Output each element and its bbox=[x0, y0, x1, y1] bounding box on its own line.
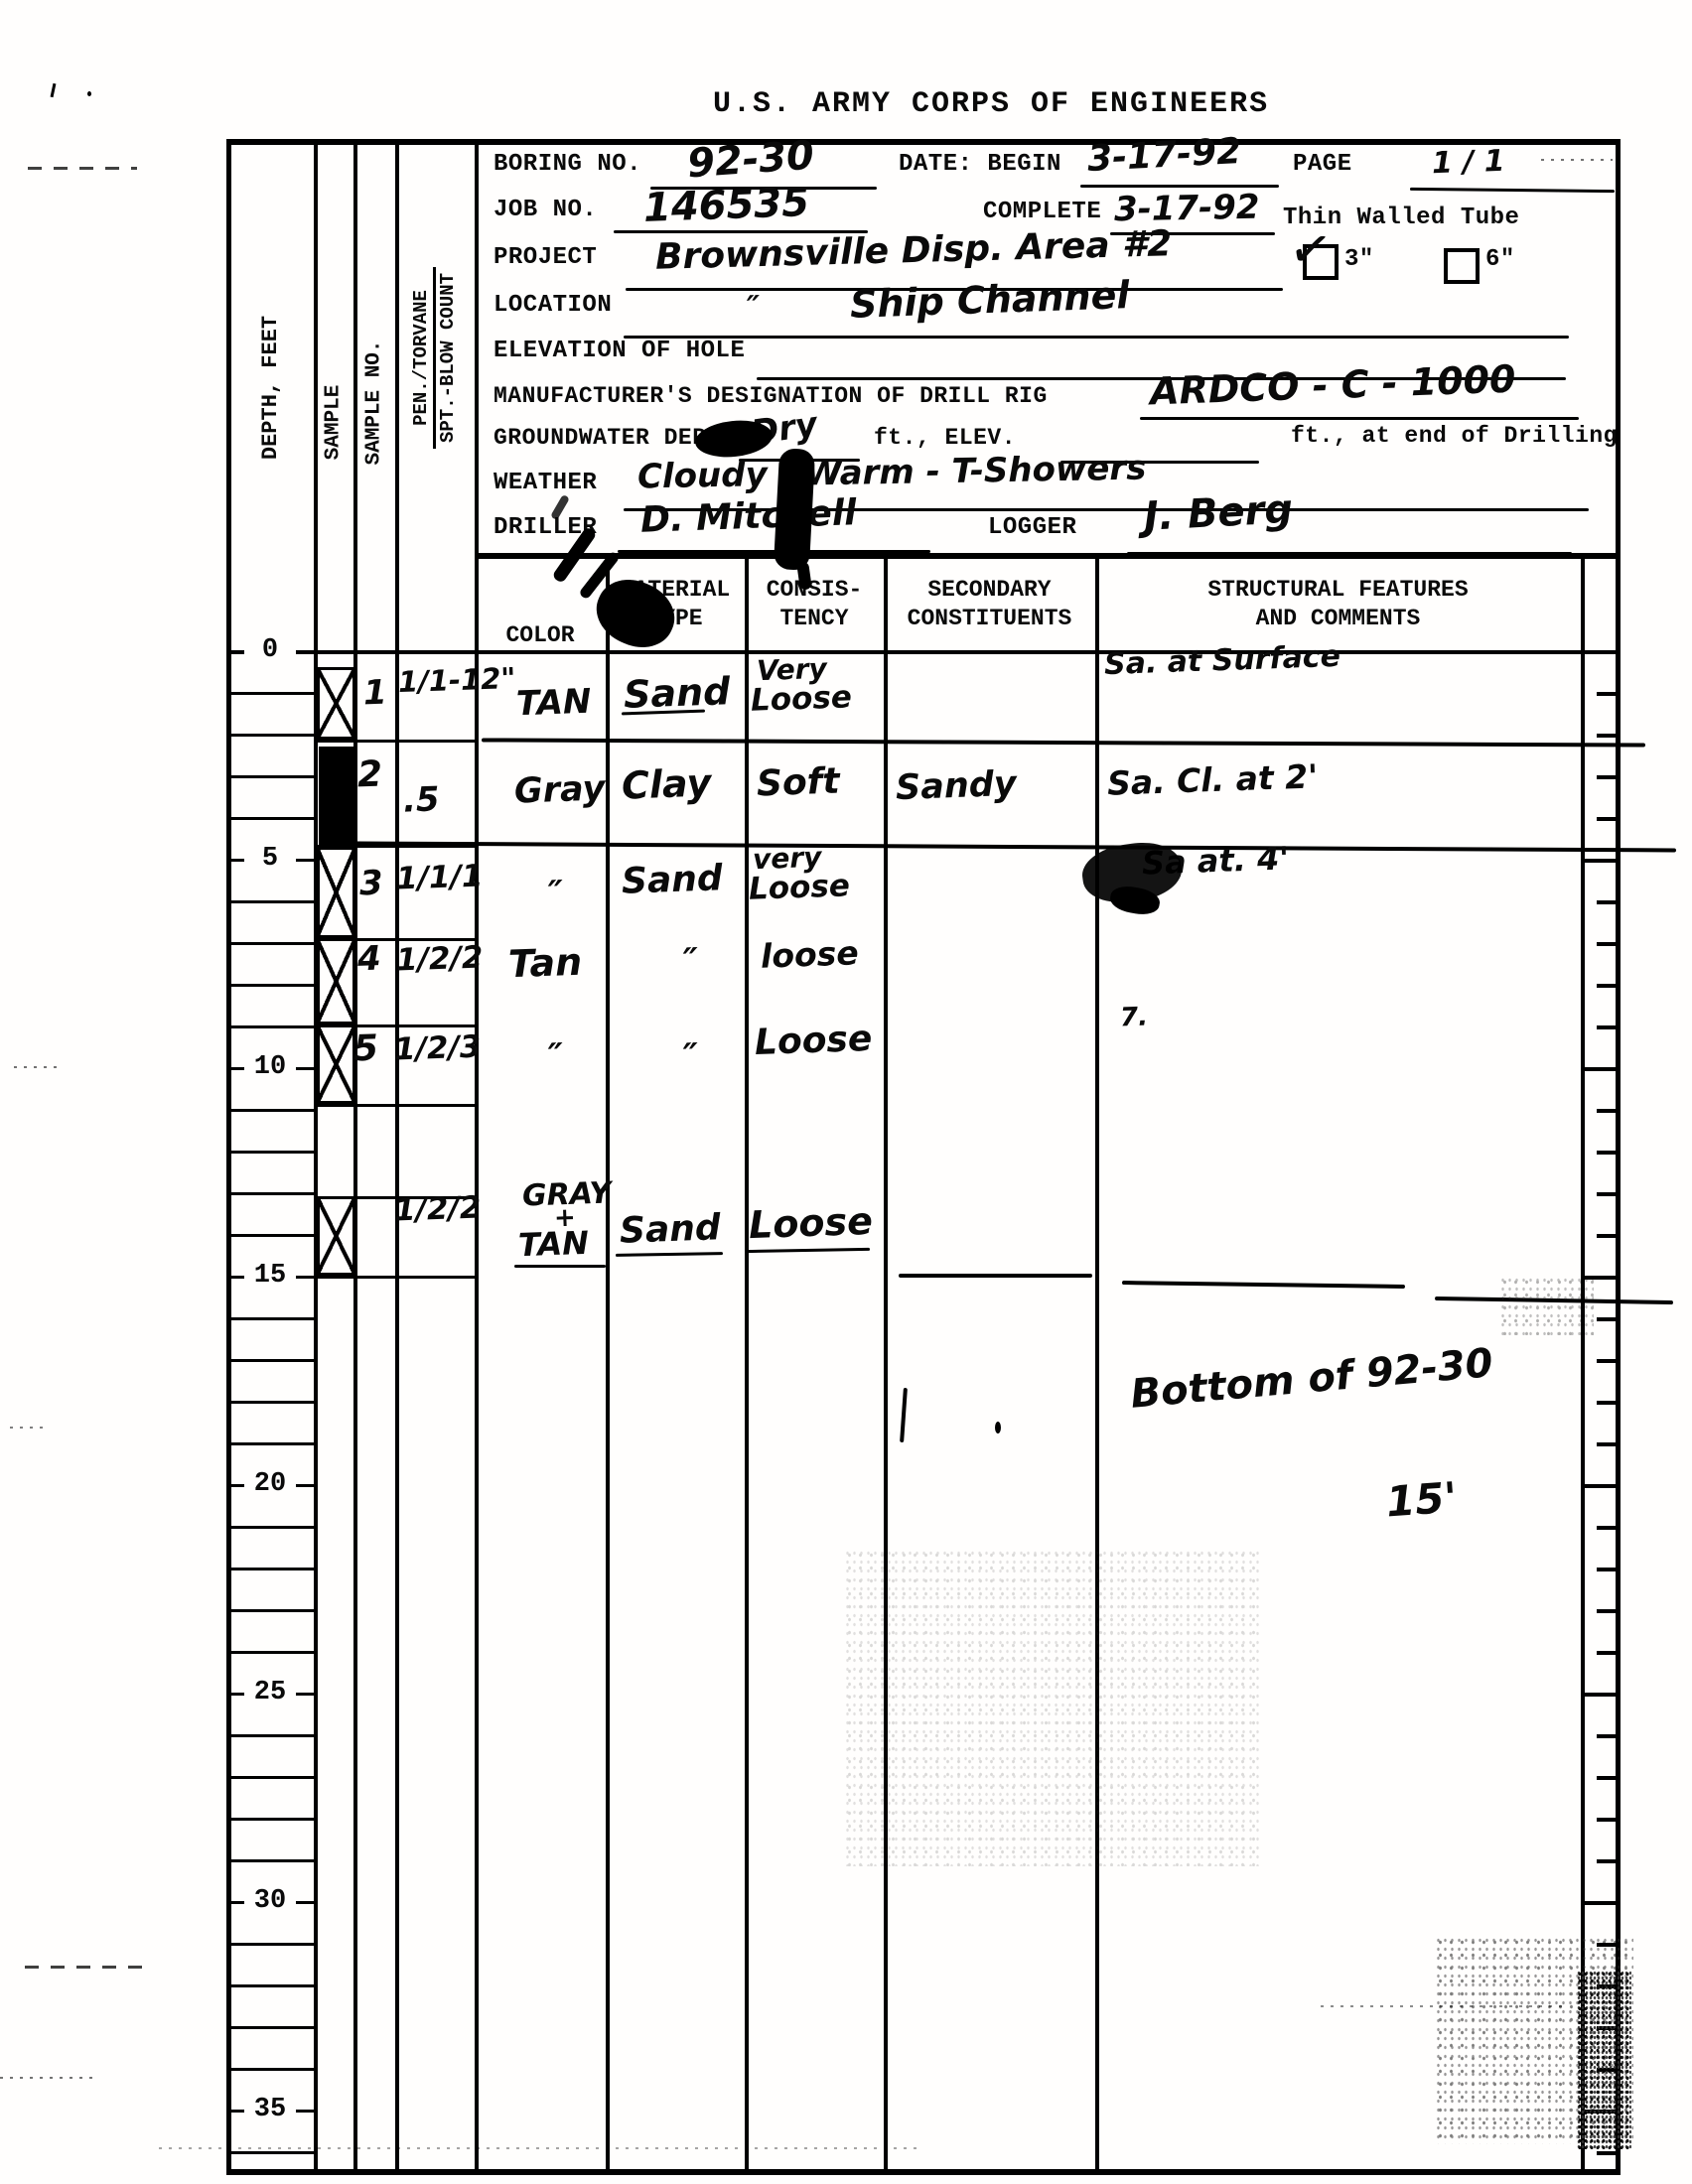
scan-artifact-margin-2 bbox=[10, 1427, 48, 1429]
depth-label-35: 35 bbox=[244, 2094, 296, 2125]
ruler-tick bbox=[1597, 1025, 1619, 1029]
sample-5-pen: 1/2/3 bbox=[393, 1028, 482, 1067]
drill-rig-value: ARDCO - C - 1000 bbox=[1149, 357, 1516, 414]
ruler-tick bbox=[1597, 1526, 1619, 1530]
sample-6-color-line3: TAN bbox=[517, 1224, 589, 1264]
sample-6-pen: 1/2/2 bbox=[393, 1189, 482, 1228]
sample-2-material: Clay bbox=[621, 760, 712, 807]
sample-6-symbol bbox=[317, 1196, 355, 1276]
ruler-tick bbox=[1597, 734, 1619, 738]
depth-tick bbox=[230, 984, 314, 987]
depth-tick bbox=[230, 1442, 314, 1445]
depth-tick bbox=[230, 1984, 314, 1987]
sample-2-number: 2 bbox=[356, 754, 382, 796]
depth-tick bbox=[230, 1526, 314, 1529]
comment-surface: Sa. at Surface bbox=[1103, 639, 1340, 682]
sample-1-consistency-line2: Loose bbox=[750, 679, 852, 719]
depth-tick bbox=[230, 734, 314, 737]
ruler-tick bbox=[1583, 1484, 1619, 1488]
sample-3-number: 3 bbox=[358, 864, 383, 904]
sample-4-pen: 1/2/2 bbox=[395, 939, 484, 978]
depth-tick bbox=[230, 1818, 314, 1821]
stray-pen-stroke bbox=[900, 1388, 908, 1442]
depth-tick bbox=[230, 2068, 314, 2071]
scan-artifact-dots-bottom bbox=[159, 2147, 923, 2149]
complete-label: COMPLETE bbox=[983, 199, 1101, 225]
strata-line-2ft bbox=[482, 738, 1645, 747]
sample-1-pen: 1/1-12" bbox=[397, 661, 516, 699]
depth-tick bbox=[230, 1651, 314, 1654]
gridline-consistency-secondary bbox=[884, 558, 888, 2169]
sample-5-material-ditto: ″ bbox=[682, 1036, 699, 1077]
sample-5-symbol bbox=[317, 1024, 355, 1104]
bottom-depth-note: 15' bbox=[1384, 1473, 1459, 1527]
drill-rig-label: MANUFACTURER'S DESIGNATION OF DRILL RIG bbox=[493, 383, 1048, 409]
depth-label-15: 15 bbox=[244, 1260, 296, 1292]
depth-tick bbox=[230, 1859, 314, 1862]
sample-3-pen: 1/1/1 bbox=[395, 858, 484, 896]
scan-artifact-dash-bottom-left bbox=[25, 1966, 142, 1969]
depth-tick bbox=[230, 1776, 314, 1779]
comment-2ft: Sa. Cl. at 2' bbox=[1106, 756, 1318, 802]
depth-feet-column-label: DEPTH, FEET bbox=[226, 238, 316, 536]
ft-elev-label: ft., ELEV. bbox=[874, 425, 1016, 451]
spt-blow-count-label: SPT.-BLOW COUNT bbox=[437, 266, 461, 448]
depth-tick bbox=[230, 1359, 314, 1362]
depth-tick bbox=[230, 1609, 314, 1612]
tube-6in-checkbox bbox=[1444, 248, 1480, 284]
scan-artifact-margin-1 bbox=[14, 1066, 60, 1068]
gridline-material-consistency bbox=[745, 558, 749, 2169]
column-header-structural-features: STRUCTURAL FEATURESAND COMMENTS bbox=[1095, 558, 1581, 650]
sample-no-column-label: SAMPLE NO. bbox=[353, 268, 395, 536]
logger-value: J. Berg bbox=[1143, 486, 1294, 540]
ruler-tick bbox=[1597, 1776, 1619, 1780]
scan-mark-top-left-2 bbox=[87, 91, 91, 96]
scan-noise-mid-right bbox=[1499, 1276, 1594, 1335]
ink-smear-weather bbox=[774, 448, 815, 571]
scan-noise-center bbox=[844, 1549, 1261, 1866]
depth-tick bbox=[230, 2151, 314, 2154]
depth-label-25: 25 bbox=[244, 1677, 296, 1708]
depth-tick bbox=[230, 1568, 314, 1570]
ruler-tick bbox=[1597, 1651, 1619, 1655]
ruler-tick bbox=[1597, 692, 1619, 696]
pen-torvane-spt-column-label: PEN./TORVANE SPT.-BLOW COUNT bbox=[395, 208, 475, 506]
location-label: LOCATION bbox=[493, 292, 612, 319]
sample-1-symbol bbox=[317, 667, 355, 740]
location-ditto-mark: ″ bbox=[746, 290, 761, 325]
depth-tick bbox=[230, 1734, 314, 1737]
ruler-tick bbox=[1597, 1442, 1619, 1446]
sample-1-color: TAN bbox=[515, 682, 592, 725]
sample-3-color-ditto: ″ bbox=[547, 874, 564, 914]
sample-2-pen: .5 bbox=[402, 779, 440, 820]
ruler-tick bbox=[1597, 942, 1619, 946]
ruler-tick bbox=[1597, 1734, 1619, 1738]
ruler-tick bbox=[1597, 984, 1619, 988]
scan-artifact-dots-left bbox=[0, 2077, 94, 2079]
strata-line-4ft bbox=[355, 842, 1676, 853]
ruler-tick bbox=[1597, 817, 1619, 821]
job-no-label: JOB NO. bbox=[493, 197, 597, 223]
ruler-tick bbox=[1597, 1234, 1619, 1238]
sample-1-number: 1 bbox=[362, 673, 387, 714]
ruler-tick bbox=[1597, 1359, 1619, 1363]
logger-label: LOGGER bbox=[988, 514, 1076, 541]
gridline-secondary-structural bbox=[1095, 558, 1099, 2169]
sample-4-number: 4 bbox=[356, 939, 381, 980]
ruler-tick bbox=[1583, 859, 1619, 863]
gridline-color-material bbox=[606, 558, 610, 2169]
ruler-tick bbox=[1597, 1609, 1619, 1613]
sample-column-label: SAMPLE bbox=[314, 298, 353, 546]
tube-3in-label: 3" bbox=[1344, 246, 1374, 273]
depth-tick bbox=[230, 1151, 314, 1154]
sample-6-material: Sand bbox=[619, 1207, 721, 1252]
driller-value: D. Mitchell bbox=[639, 492, 857, 541]
depth-tick bbox=[230, 1109, 314, 1112]
sample-2-color: Gray bbox=[513, 768, 606, 811]
ft-end-drilling-label: ft., at end of Drilling bbox=[1291, 423, 1618, 449]
job-no-value: 146535 bbox=[642, 180, 810, 231]
ruler-tick bbox=[1597, 900, 1619, 904]
boring-no-label: BORING NO. bbox=[493, 151, 641, 178]
ruler-tick bbox=[1597, 1818, 1619, 1822]
scanned-boring-log-page: U.S. ARMY CORPS OF ENGINEERS BORING NO. … bbox=[0, 0, 1692, 2184]
band-bottom-line bbox=[226, 650, 1621, 654]
boring-no-value: 92-30 bbox=[686, 133, 816, 188]
sample-2-secondary: Sandy bbox=[895, 764, 1017, 808]
depth-tick bbox=[230, 1192, 314, 1195]
scan-noise-bottom-right-dense bbox=[1577, 1971, 1631, 2149]
sample-3-consistency-line2: Loose bbox=[748, 868, 850, 907]
scan-artifact-dash-top-left bbox=[28, 167, 137, 170]
ruler-tick bbox=[1597, 1401, 1619, 1405]
ruler-tick bbox=[1597, 1317, 1619, 1321]
ruler-tick bbox=[1583, 1901, 1619, 1905]
column-header-color: COLOR bbox=[475, 558, 606, 656]
sample-4-consistency: loose bbox=[760, 933, 859, 975]
depth-tick bbox=[230, 1025, 314, 1028]
sample-4-material-ditto: ″ bbox=[682, 941, 699, 982]
ruler-tick bbox=[1597, 2151, 1619, 2155]
ruler-tick bbox=[1583, 1067, 1619, 1071]
column-header-consistency: CONSIS-TENCY bbox=[745, 558, 884, 650]
depth-tick bbox=[230, 817, 314, 820]
gridline-pen-main bbox=[475, 139, 479, 2169]
pen-torvane-label: PEN./TORVANE bbox=[410, 266, 437, 448]
form-border-top bbox=[226, 139, 1621, 145]
sample-4-color: Tan bbox=[507, 940, 583, 987]
ruler-tick bbox=[1583, 1693, 1619, 1697]
pen-scribble-mark: 7. bbox=[1119, 1003, 1148, 1033]
stray-pen-dot bbox=[995, 1422, 1001, 1433]
date-begin-label: DATE: BEGIN bbox=[899, 151, 1061, 178]
sample-2-consistency: Soft bbox=[756, 761, 840, 805]
depth-label-10: 10 bbox=[244, 1051, 296, 1083]
sample-5-number: 5 bbox=[352, 1028, 378, 1070]
project-label: PROJECT bbox=[493, 244, 597, 271]
ruler-tick bbox=[1597, 1568, 1619, 1571]
sample-5-color-ditto: ″ bbox=[547, 1036, 564, 1077]
elevation-of-hole-label: ELEVATION OF HOLE bbox=[493, 338, 745, 364]
date-complete-value: 3-17-92 bbox=[1114, 188, 1260, 230]
depth-tick bbox=[230, 1234, 314, 1237]
scan-mark-top-left-1 bbox=[51, 83, 57, 97]
depth-label-0: 0 bbox=[244, 634, 296, 666]
page-value: 1 / 1 bbox=[1431, 144, 1505, 182]
column-header-secondary-constituents: SECONDARYCONSTITUENTS bbox=[884, 558, 1095, 650]
strata-line-15ft-structural bbox=[1122, 1281, 1405, 1289]
ruler-tick bbox=[1597, 1109, 1619, 1113]
depth-tick bbox=[230, 1317, 314, 1320]
ruler-tick bbox=[1597, 1151, 1619, 1155]
scan-artifact-page-dots bbox=[1541, 159, 1613, 161]
depth-tick bbox=[230, 2026, 314, 2029]
bottom-of-hole-note: Bottom of 92-30 bbox=[1129, 1340, 1495, 1418]
sample-3-symbol bbox=[317, 847, 355, 938]
ruler-tick bbox=[1597, 1859, 1619, 1863]
depth-label-5: 5 bbox=[244, 843, 296, 875]
ruler-tick bbox=[1597, 1192, 1619, 1196]
depth-tick bbox=[230, 1401, 314, 1404]
ruler-tick bbox=[1597, 775, 1619, 779]
sample-5-consistency: Loose bbox=[754, 1019, 873, 1063]
depth-label-20: 20 bbox=[244, 1468, 296, 1500]
date-begin-value: 3-17-92 bbox=[1086, 131, 1242, 180]
weather-label: WEATHER bbox=[493, 470, 597, 496]
sample-4-symbol bbox=[317, 938, 355, 1024]
form-border-bottom bbox=[226, 2169, 1621, 2175]
depth-tick bbox=[230, 1943, 314, 1946]
tube-3in-checkmark: ✓ bbox=[1285, 217, 1337, 282]
depth-tick bbox=[230, 692, 314, 695]
sample-2-symbol-filled bbox=[319, 747, 354, 847]
depth-tick bbox=[230, 775, 314, 778]
depth-label-30: 30 bbox=[244, 1885, 296, 1917]
depth-tick bbox=[230, 900, 314, 903]
gridline-structural-ruler bbox=[1581, 558, 1585, 2169]
page-title: U.S. ARMY CORPS OF ENGINEERS bbox=[713, 87, 1269, 121]
location-value: Ship Channel bbox=[849, 273, 1130, 327]
strata-line-15ft-secondary bbox=[899, 1274, 1092, 1278]
sample-3-material: Sand bbox=[621, 858, 723, 902]
sample-6-consistency: Loose bbox=[748, 1199, 873, 1247]
depth-tick bbox=[230, 942, 314, 945]
page-label: PAGE bbox=[1293, 151, 1352, 178]
tube-6in-label: 6" bbox=[1485, 246, 1515, 273]
